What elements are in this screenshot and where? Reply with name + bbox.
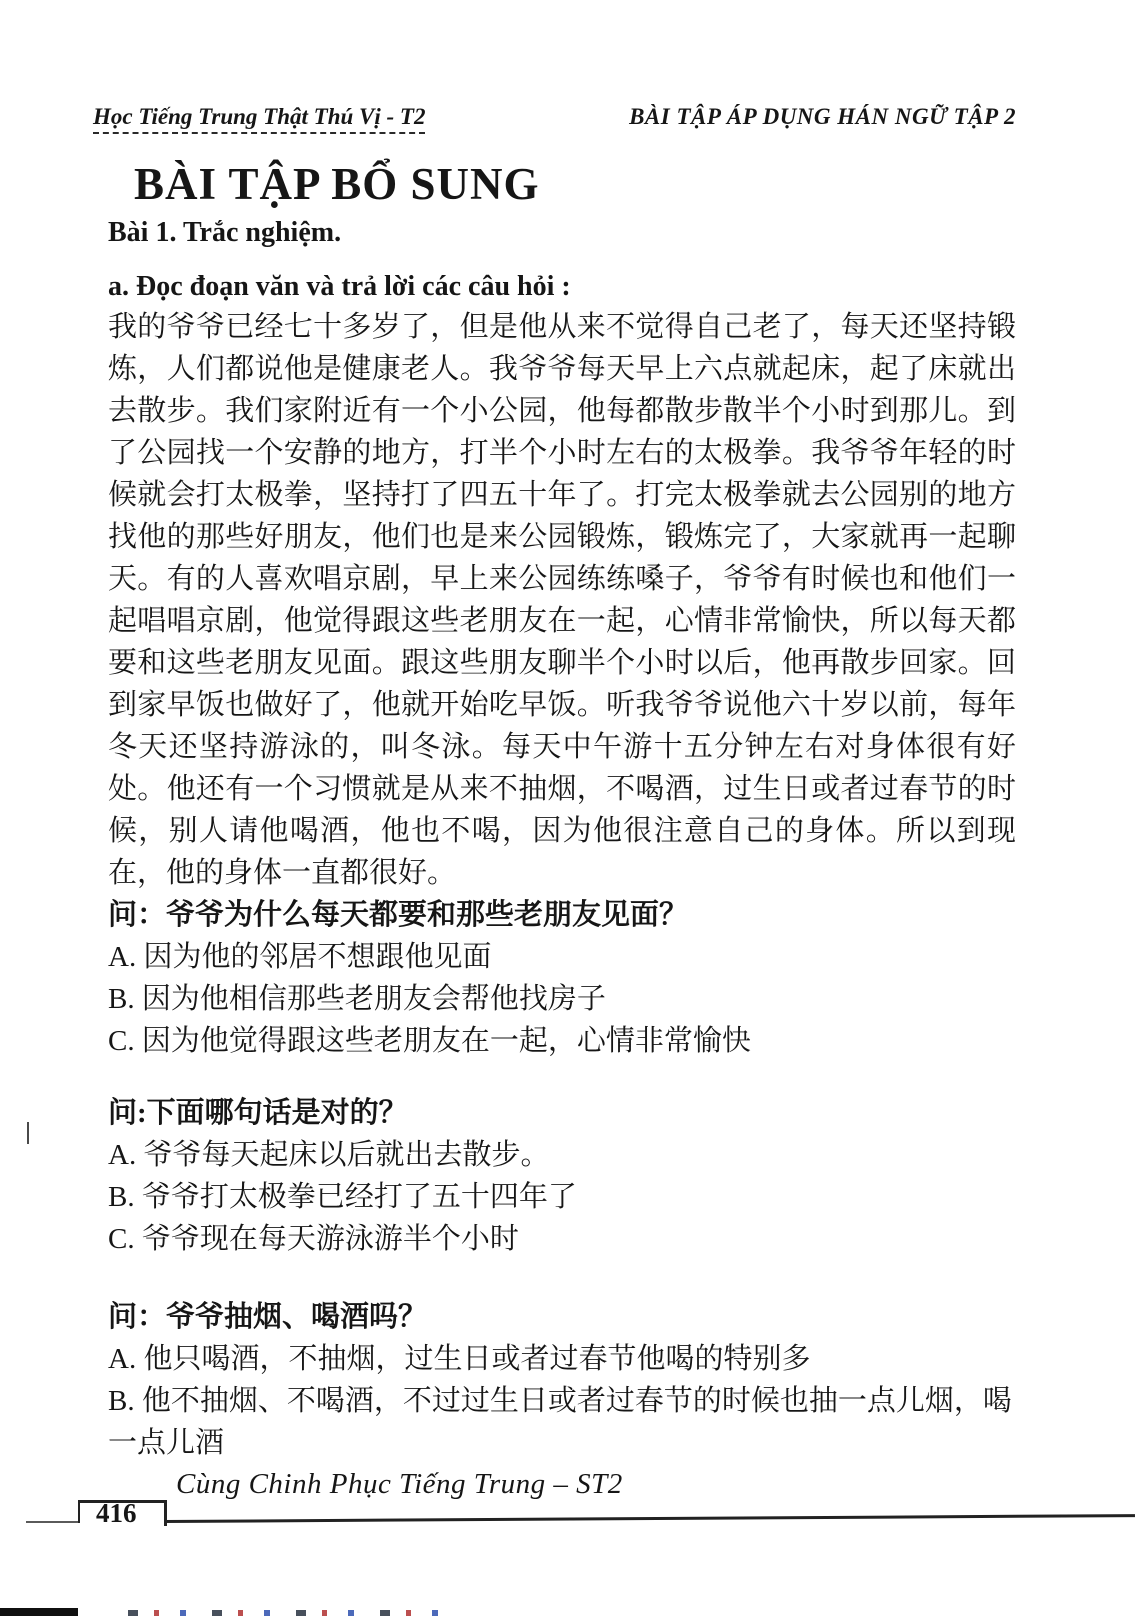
question-2-prompt: 问:下面哪句话是对的？ — [108, 1092, 1016, 1134]
question-3-option-a: A. 他只喝酒，不抽烟，过生日或者过春节他喝的特别多 — [108, 1338, 1016, 1380]
running-head: Học Tiếng Trung Thật Thú Vị - T2 BÀI TẬP… — [108, 104, 1016, 134]
question-2: 问:下面哪句话是对的？ A. 爷爷每天起床以后就出去散步。 B. 爷爷打太极拳已… — [108, 1092, 1016, 1260]
running-head-book-title: Học Tiếng Trung Thật Thú Vị - T2 — [93, 104, 425, 134]
footer-rule-box-top — [78, 1500, 166, 1503]
question-2-option-c: C. 爷爷现在每天游泳游半个小时 — [108, 1218, 1016, 1260]
reading-passage: 我的爷爷已经七十多岁了，但是他从来不觉得自己老了，每天还坚持锻炼，人们都说他是健… — [108, 306, 1016, 894]
scan-artifact-bar — [0, 1608, 78, 1616]
footer-rule-left-dash — [26, 1521, 78, 1523]
question-2-option-a: A. 爷爷每天起床以后就出去散步。 — [108, 1134, 1016, 1176]
footer-rule-box-left — [78, 1502, 80, 1523]
question-1-prompt: 问：爷爷为什么每天都要和那些老朋友见面？ — [108, 894, 1016, 936]
footer-rule-long — [164, 1514, 1135, 1523]
question-3-prompt: 问：爷爷抽烟、喝酒吗？ — [108, 1296, 1016, 1338]
question-1-option-b: B. 因为他相信那些老朋友会帮他找房子 — [108, 978, 1016, 1020]
question-2-option-b: B. 爷爷打太极拳已经打了五十四年了 — [108, 1176, 1016, 1218]
scanned-document-page: Học Tiếng Trung Thật Thú Vị - T2 BÀI TẬP… — [0, 0, 1135, 1617]
question-1: 问：爷爷为什么每天都要和那些老朋友见面？ A. 因为他的邻居不想跟他见面 B. … — [108, 894, 1016, 1062]
page-title: BÀI TẬP BỔ SUNG — [134, 160, 1016, 210]
page-content: Học Tiếng Trung Thật Thú Vị - T2 BÀI TẬP… — [108, 0, 1016, 1464]
section-a-heading: a. Đọc đoạn văn và trả lời các câu hỏi : — [108, 270, 1016, 304]
question-3-option-b: B. 他不抽烟、不喝酒，不过过生日或者过春节的时候也抽一点儿烟，喝一点儿酒 — [108, 1380, 1016, 1464]
footer-series-title: Cùng Chinh Phục Tiếng Trung – ST2 — [176, 1468, 623, 1501]
exercise-1-heading: Bài 1. Trắc nghiệm. — [108, 216, 1016, 250]
question-1-option-c: C. 因为他觉得跟这些老朋友在一起，心情非常愉快 — [108, 1020, 1016, 1062]
scan-artifact-glitch — [128, 1610, 458, 1616]
scan-margin-tick — [27, 1122, 29, 1144]
running-head-chapter-title: BÀI TẬP ÁP DỤNG HÁN NGỮ TẬP 2 — [629, 104, 1016, 130]
question-1-option-a: A. 因为他的邻居不想跟他见面 — [108, 936, 1016, 978]
question-3: 问：爷爷抽烟、喝酒吗？ A. 他只喝酒，不抽烟，过生日或者过春节他喝的特别多 B… — [108, 1296, 1016, 1464]
